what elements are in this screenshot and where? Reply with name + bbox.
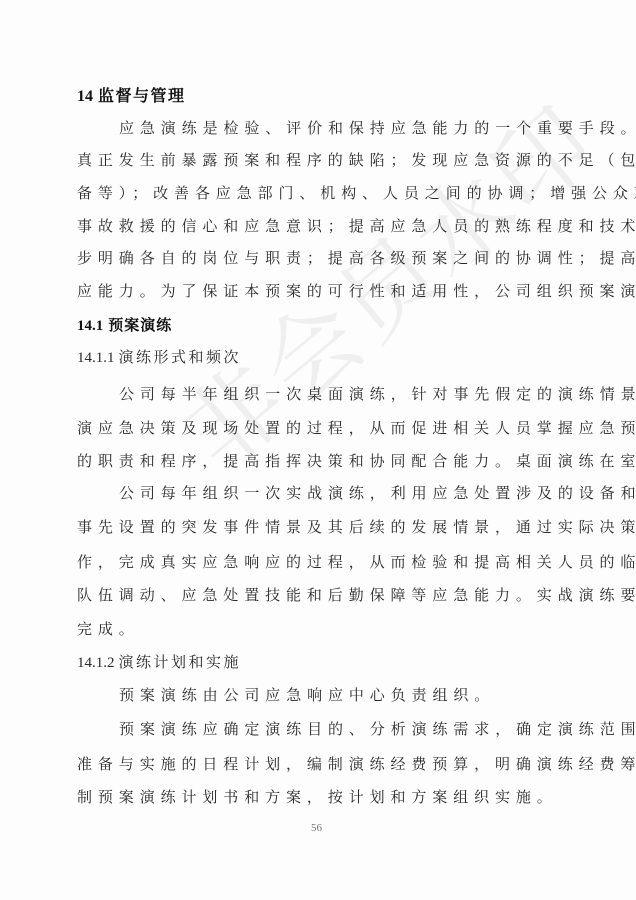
page-number: 56	[311, 822, 322, 834]
paragraph-line: 完成。	[77, 617, 559, 641]
paragraph-line: 公司每年组织一次实战演练，利用应急处置涉及的设备和物资，针对	[119, 481, 559, 505]
paragraph-line: 演应急决策及现场处置的过程，从而促进相关人员掌握应急预案中所规定	[77, 416, 559, 440]
section-number: 14.1	[77, 318, 103, 334]
section-title: 监督与管理	[98, 86, 186, 105]
paragraph-line: 备等）；改善各应急部门、机构、人员之间的协调；增强公众对突发重大	[77, 181, 559, 205]
paragraph-line: 公司每半年组织一次桌面演练，针对事先假定的演练情景，讨论和推	[119, 382, 559, 406]
section-number: 14.1.1	[77, 350, 115, 366]
paragraph-line: 步明确各自的岗位与职责；提高各级预案之间的协调性；提高整体应急反	[77, 246, 559, 270]
section-14-1-2-heading: 14.1.2演练计划和实施	[77, 650, 241, 675]
paragraph-line: 事先设置的突发事件情景及其后续的发展情景，通过实际决策、行动和操	[77, 515, 559, 539]
section-title: 演练计划和实施	[119, 653, 242, 671]
section-title: 预案演练	[108, 316, 172, 334]
paragraph-line: 应能力。为了保证本预案的可行性和适用性，公司组织预案演练。	[77, 279, 559, 303]
section-14-1-heading: 14.1预案演练	[77, 313, 172, 338]
paragraph-line: 准备与实施的日程计划，编制演练经费预算，明确演练经费筹措渠道。编	[77, 752, 559, 776]
section-14-1-1-heading: 14.1.1演练形式和频次	[77, 345, 241, 370]
paragraph-line: 制预案演练计划书和方案，按计划和方案组织实施。	[77, 785, 559, 809]
paragraph-line: 真正发生前暴露预案和程序的缺陷；发现应急资源的不足（包括人力和设	[77, 148, 559, 172]
paragraph-line: 作，完成真实应急响应的过程，从而检验和提高相关人员的临场组织指挥、	[77, 550, 559, 574]
document-page: 非会员水印 14监督与管理 应急演练是检验、评价和保持应急能力的一个重要手段。它…	[0, 0, 636, 900]
section-number: 14	[77, 88, 93, 105]
section-title: 演练形式和频次	[119, 348, 242, 366]
paragraph-line: 的职责和程序，提高指挥决策和协同配合能力。桌面演练在室内完成。	[77, 449, 559, 473]
paragraph-line: 队伍调动、应急处置技能和后勤保障等应急能力。实战演练要在特定场所	[77, 583, 559, 607]
paragraph-line: 预案演练由公司应急响应中心负责组织。	[119, 683, 559, 707]
paragraph-line: 应急演练是检验、评价和保持应急能力的一个重要手段。它可在事故	[119, 116, 559, 140]
paragraph-line: 预案演练应确定演练目的、分析演练需求，确定演练范围，安排演练	[119, 717, 559, 741]
section-number: 14.1.2	[77, 655, 115, 671]
section-14-heading: 14监督与管理	[77, 84, 186, 109]
paragraph-line: 事故救援的信心和应急意识；提高应急人员的熟练程度和技术水平；进一	[77, 214, 559, 238]
